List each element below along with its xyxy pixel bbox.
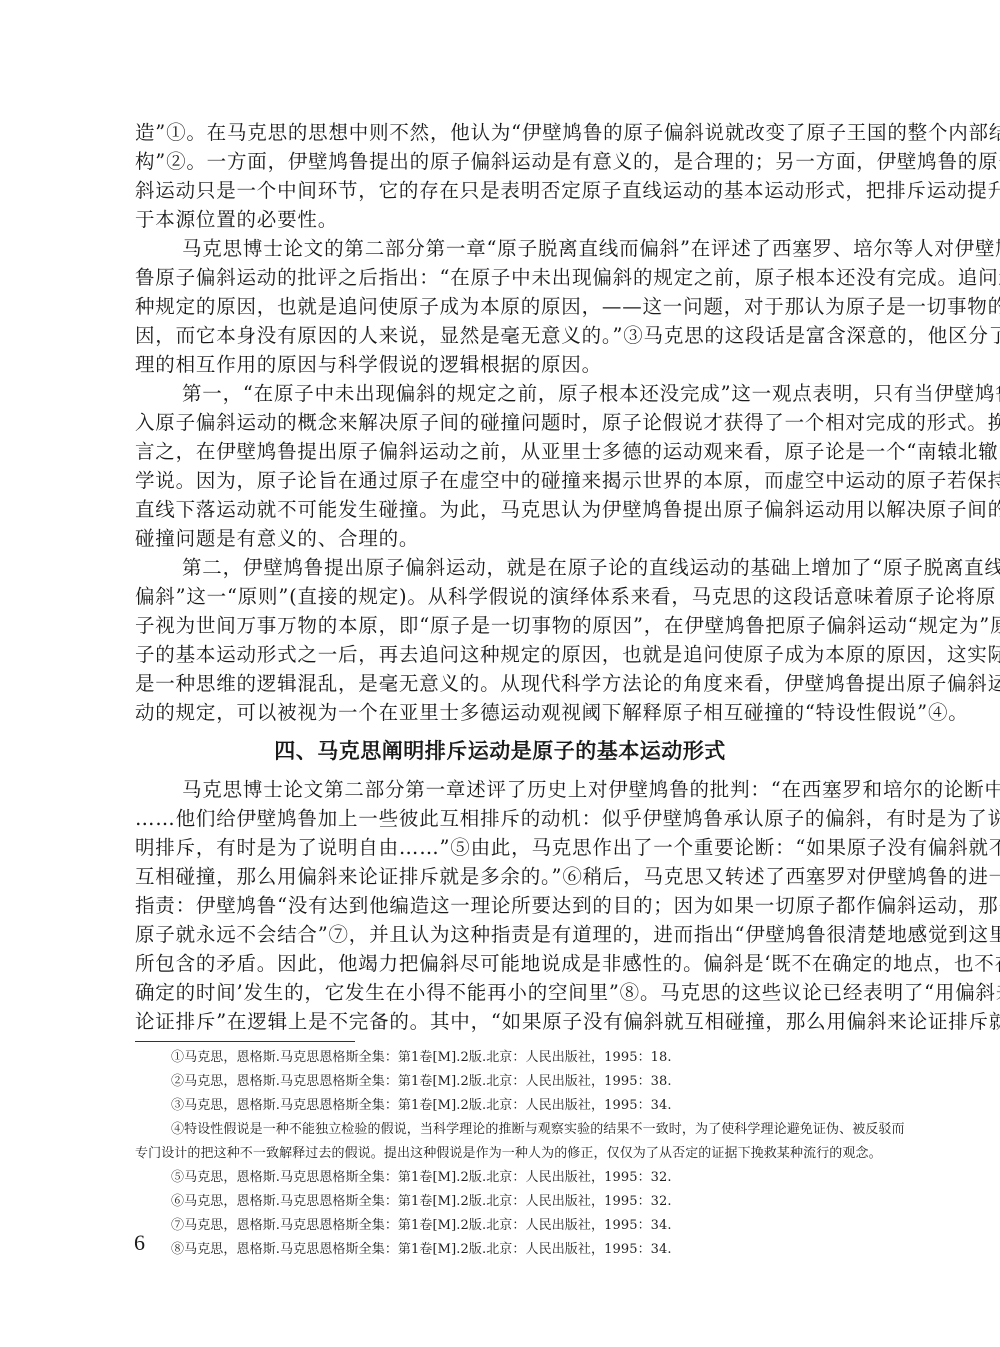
text-line: 种规定的原因，也就是追问使原子成为本原的原因，——这一问题，对于那认为原子是一切… [135,292,865,321]
footnote-1: ①马克思，恩格斯.马克思恩格斯全集：第1卷[M].2版.北京：人民出版社，199… [135,1046,865,1070]
text-line: 明排斥，有时是为了说明自由……”⑤由此，马克思作出了一个重要论断：“如果原子没有… [135,833,865,862]
text-line: 子视为世间万事万物的本原，即“原子是一切事物的原因”，在伊壁鸠鲁把原子偏斜运动“… [135,611,865,640]
paragraph: 第二，伊壁鸠鲁提出原子偏斜运动，就是在原子论的直线运动的基础上增加了“原子脱离直… [135,553,865,727]
text-line: 动的规定，可以被视为一个在亚里士多德运动观视阈下解释原子相互碰撞的“特设性假说”… [135,698,865,727]
text-line: 是一种思维的逻辑混乱，是毫无意义的。从现代科学方法论的角度来看，伊壁鸠鲁提出原子… [135,669,865,698]
paragraph: 造”①。在马克思的思想中则不然，他认为“伊壁鸠鲁的原子偏斜说就改变了原子王国的整… [135,118,865,234]
text-line: 论证排斥”在逻辑上是不完备的。其中，“如果原子没有偏斜就互相碰撞，那么用偏斜来论… [135,1007,865,1036]
footnotes: ①马克思，恩格斯.马克思恩格斯全集：第1卷[M].2版.北京：人民出版社，199… [135,1046,865,1262]
text-line: 入原子偏斜运动的概念来解决原子间的碰撞问题时，原子论假说才获得了一个相对完成的形… [135,408,865,437]
text-line: 互相碰撞，那么用偏斜来论证排斥就是多余的。”⑥稍后，马克思又转述了西塞罗对伊壁鸠… [135,862,865,891]
text-line: 马克思博士论文的第二部分第一章“原子脱离直线而偏斜”在评述了西塞罗、培尔等人对伊… [135,234,865,263]
text-line: 言之，在伊壁鸠鲁提出原子偏斜运动之前，从亚里士多德的运动观来看，原子论是一个“南… [135,437,865,466]
footnote-3: ③马克思，恩格斯.马克思恩格斯全集：第1卷[M].2版.北京：人民出版社，199… [135,1094,865,1118]
footnote-6: ⑥马克思，恩格斯.马克思恩格斯全集：第1卷[M].2版.北京：人民出版社，199… [135,1190,865,1214]
footnote-8: ⑧马克思，恩格斯.马克思恩格斯全集：第1卷[M].2版.北京：人民出版社，199… [135,1238,865,1262]
text-line: 碰撞问题是有意义的、合理的。 [135,524,865,553]
page-number: 6 [134,1230,145,1256]
text-line: ……他们给伊壁鸠鲁加上一些彼此互相排斥的动机：似乎伊壁鸠鲁承认原子的偏斜，有时是… [135,804,865,833]
footnote-7: ⑦马克思，恩格斯.马克思恩格斯全集：第1卷[M].2版.北京：人民出版社，199… [135,1214,865,1238]
paragraph: 第一，“在原子中未出现偏斜的规定之前，原子根本还没完成”这一观点表明，只有当伊壁… [135,379,865,553]
text-line: 斜运动只是一个中间环节，它的存在只是表明否定原子直线运动的基本运动形式，把排斥运… [135,176,865,205]
text-line: 第一，“在原子中未出现偏斜的规定之前，原子根本还没完成”这一观点表明，只有当伊壁… [135,379,865,408]
footnote-5: ⑤马克思，恩格斯.马克思恩格斯全集：第1卷[M].2版.北京：人民出版社，199… [135,1166,865,1190]
text-line: 子的基本运动形式之一后，再去追问这种规定的原因，也就是追问使原子成为本原的原因，… [135,640,865,669]
text-line: 鲁原子偏斜运动的批评之后指出：“在原子中未出现偏斜的规定之前，原子根本还没有完成… [135,263,865,292]
footnote-2: ②马克思，恩格斯.马克思恩格斯全集：第1卷[M].2版.北京：人民出版社，199… [135,1070,865,1094]
text-line: 原子就永远不会结合”⑦，并且认为这种指责是有道理的，进而指出“伊壁鸠鲁很清楚地感… [135,920,865,949]
text-line: 学说。因为，原子论旨在通过原子在虚空中的碰撞来揭示世界的本原，而虚空中运动的原子… [135,466,865,495]
text-line: 因，而它本身没有原因的人来说，显然是毫无意义的。”③马克思的这段话是富含深意的，… [135,321,865,350]
text-line: 理的相互作用的原因与科学假说的逻辑根据的原因。 [135,350,865,379]
text-line: 确定的时间’发生的，它发生在小得不能再小的空间里”⑧。马克思的这些议论已经表明了… [135,978,865,1007]
footnote-4: ④特设性假说是一种不能独立检验的假说，当科学理论的推断与观察实验的结果不一致时，… [135,1118,865,1142]
text-line: 于本源位置的必要性。 [135,205,865,234]
text-line: 第二，伊壁鸠鲁提出原子偏斜运动，就是在原子论的直线运动的基础上增加了“原子脱离直… [135,553,865,582]
paragraph: 马克思博士论文第二部分第一章述评了历史上对伊壁鸠鲁的批判：“在西塞罗和培尔的论断… [135,775,865,1036]
text-line: 偏斜”这一“原则”(直接的规定)。从科学假说的演绎体系来看，马克思的这段话意味着… [135,582,865,611]
page-body: 造”①。在马克思的思想中则不然，他认为“伊壁鸠鲁的原子偏斜说就改变了原子王国的整… [135,118,865,1262]
text-line: 所包含的矛盾。因此，他竭力把偏斜尽可能地说成是非感性的。偏斜是‘既不在确定的地点… [135,949,865,978]
text-line: 构”②。一方面，伊壁鸠鲁提出的原子偏斜运动是有意义的，是合理的；另一方面，伊壁鸠… [135,147,865,176]
section-heading: 四、马克思阐明排斥运动是原子的基本运动形式 [135,731,865,775]
footnote-4-cont: 专门设计的把这种不一致解释过去的假说。提出这种假说是作为一种人为的修正，仅仅为了… [135,1142,865,1166]
footnote-divider [135,1041,355,1042]
text-line: 马克思博士论文第二部分第一章述评了历史上对伊壁鸠鲁的批判：“在西塞罗和培尔的论断… [135,775,865,804]
text-line: 直线下落运动就不可能发生碰撞。为此，马克思认为伊壁鸠鲁提出原子偏斜运动用以解决原… [135,495,865,524]
text-line: 指责：伊壁鸠鲁“没有达到他编造这一理论所要达到的目的；因为如果一切原子都作偏斜运… [135,891,865,920]
text-line: 造”①。在马克思的思想中则不然，他认为“伊壁鸠鲁的原子偏斜说就改变了原子王国的整… [135,118,865,147]
paragraph: 马克思博士论文的第二部分第一章“原子脱离直线而偏斜”在评述了西塞罗、培尔等人对伊… [135,234,865,379]
